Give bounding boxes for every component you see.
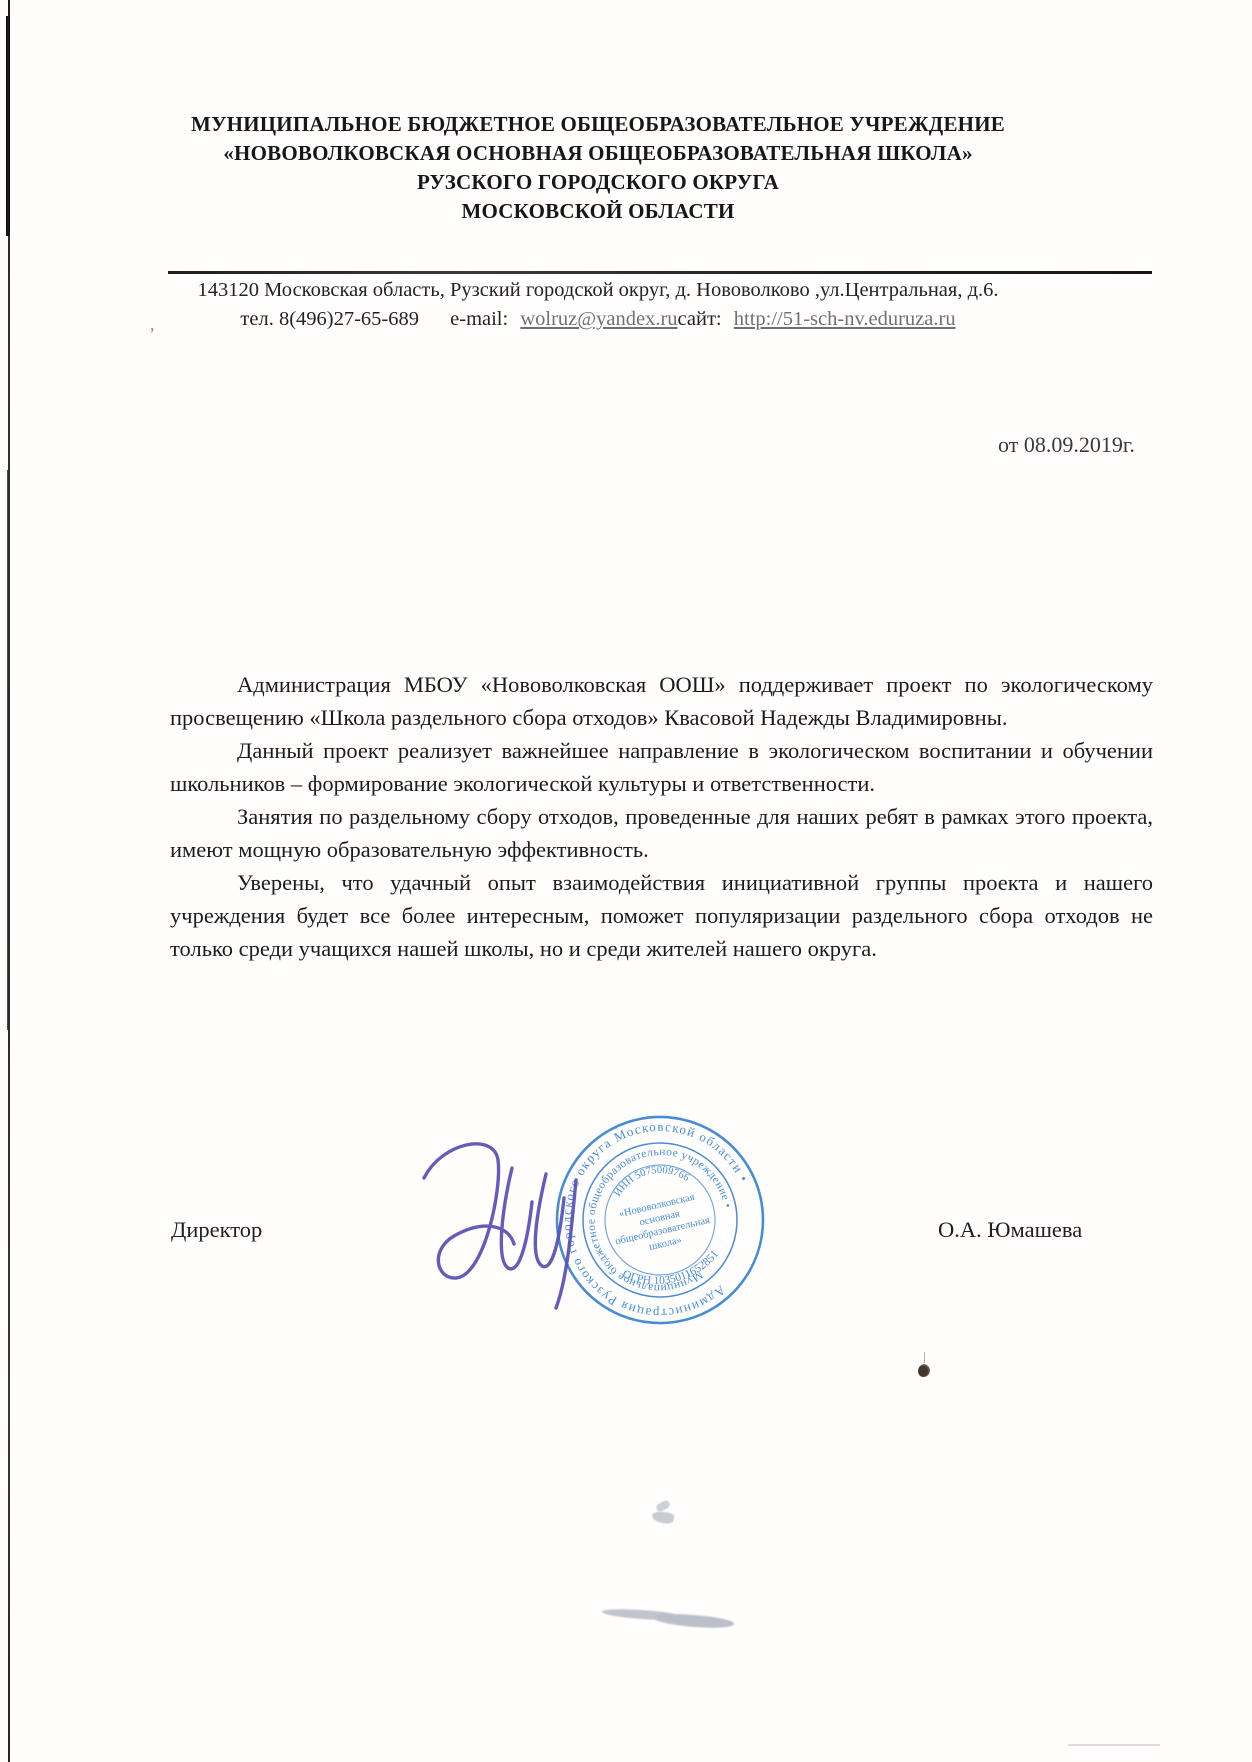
contact-line: тел. 8(496)27-65-689 e-mail: wolruz@yand…: [90, 308, 1106, 331]
signature-stroke: [556, 1180, 576, 1308]
scanned-letter-page: МУНИЦИПАЛЬНОЕ БЮДЖЕТНОЕ ОБЩЕОБРАЗОВАТЕЛЬ…: [0, 0, 1252, 1762]
header-line-1: МУНИЦИПАЛЬНОЕ БЮДЖЕТНОЕ ОБЩЕОБРАЗОВАТЕЛЬ…: [90, 110, 1106, 139]
letter-date: от 08.09.2019г.: [998, 432, 1135, 458]
signature-stroke: [424, 1144, 514, 1278]
body-paragraph: Администрация МБОУ «Нововолковская ООШ» …: [170, 668, 1153, 734]
organization-header: МУНИЦИПАЛЬНОЕ БЮДЖЕТНОЕ ОБЩЕОБРАЗОВАТЕЛЬ…: [90, 110, 1106, 226]
header-line-2: «НОВОВОЛКОВСКАЯ ОСНОВНАЯ ОБЩЕОБРАЗОВАТЕЛ…: [90, 139, 1106, 168]
address-line: 143120 Московская область, Рузский город…: [90, 279, 1106, 302]
body-paragraph: Уверены, что удачный опыт взаимодействия…: [170, 866, 1153, 965]
site-label: сайт:: [678, 308, 722, 330]
header-line-3: РУЗСКОГО ГОРОДСКОГО ОКРУГА: [90, 168, 1106, 197]
scan-border-artifact-mid: [7, 470, 10, 1030]
scan-corner-line-artifact: [1068, 1744, 1160, 1746]
scan-smudge-artifact: [602, 1602, 752, 1632]
body-paragraph: Занятия по раздельному сбору отходов, пр…: [170, 800, 1153, 866]
email-link[interactable]: wolruz@yandex.ru: [520, 308, 677, 330]
ink-speck-artifact: [918, 1364, 930, 1377]
header-line-4: МОСКОВСКОЙ ОБЛАСТИ: [90, 197, 1106, 226]
signature-stroke: [501, 1168, 532, 1269]
header-divider: [168, 271, 1152, 274]
signature-stroke: [535, 1174, 564, 1267]
phone-number: тел. 8(496)27-65-689: [240, 308, 419, 330]
scan-smudge-artifact: [652, 1500, 682, 1532]
body-paragraph: Данный проект реализует важнейшее направ…: [170, 734, 1153, 800]
site-link[interactable]: http://51-sch-nv.eduruza.ru: [734, 308, 956, 330]
director-signature-ink: [408, 1126, 603, 1316]
letter-body: Администрация МБОУ «Нововолковская ООШ» …: [170, 668, 1153, 965]
signature-name: О.А. Юмашева: [938, 1217, 1082, 1243]
ink-speck-stem-artifact: [924, 1352, 925, 1363]
scan-border-artifact-top: [6, 16, 10, 236]
email-label: e-mail:: [450, 308, 508, 330]
signature-role: Директор: [171, 1217, 262, 1243]
